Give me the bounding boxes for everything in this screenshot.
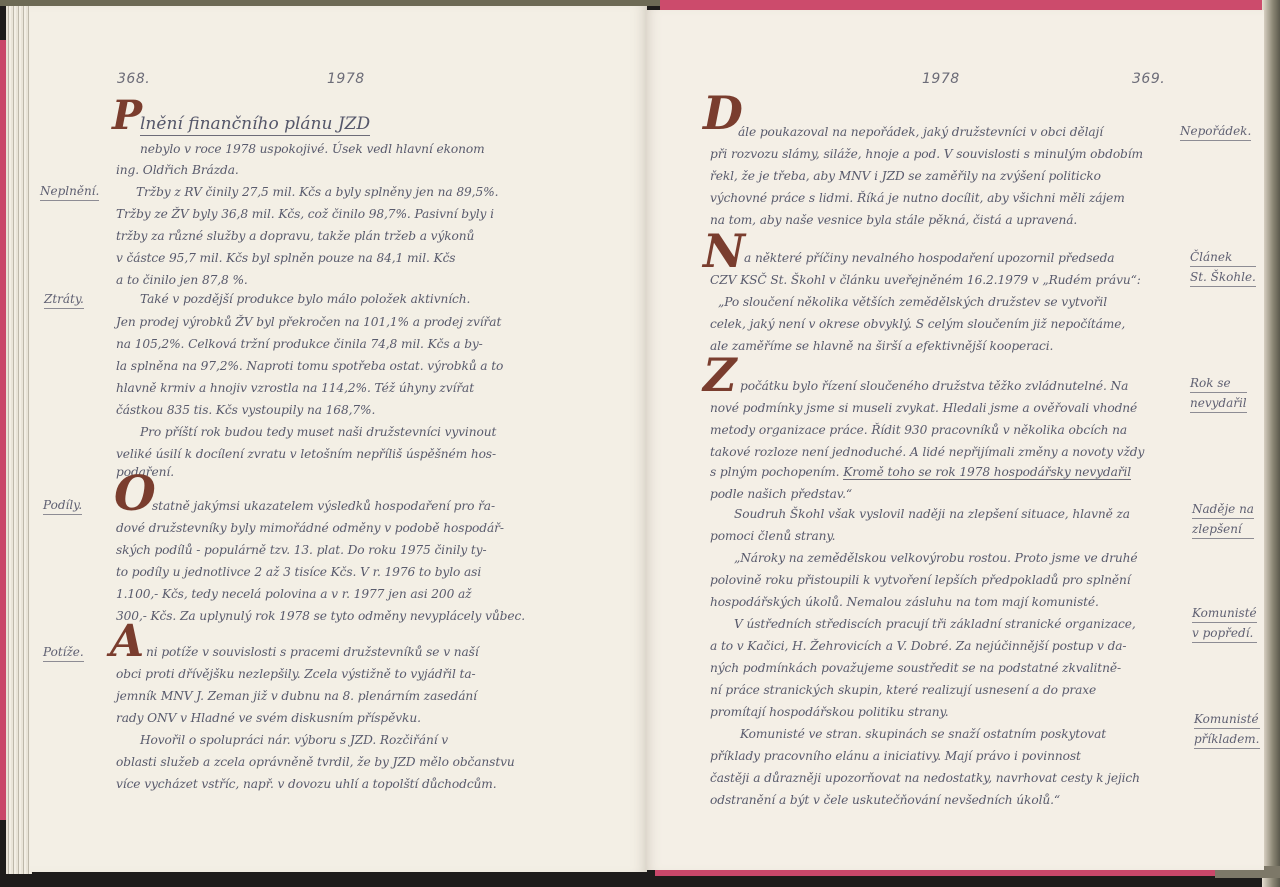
margin-note-potize: Potíže.: [43, 645, 84, 662]
text-line: polovině roku přistoupili k vytvoření le…: [710, 574, 1131, 586]
text-line: na 105,2%. Celková tržní produkce činila…: [116, 338, 483, 350]
text-line: Komunisté ve stran. skupinách se snaží o…: [740, 728, 1106, 740]
text-line: hospodářských úkolů. Nemalou zásluhu na …: [710, 596, 1099, 608]
text-line: la splněna na 97,2%. Naproti tomu spotře…: [116, 360, 503, 372]
text-line: 1.100,- Kčs, tedy necelá polovina a v r.…: [116, 588, 472, 600]
text-line: v částce 95,7 mil. Kčs byl splněn pouze …: [116, 252, 455, 264]
text-line: s plným pochopením. Kromě toho se rok 19…: [710, 466, 1131, 478]
running-year-right: 1978: [922, 71, 960, 87]
dropcap-a: A: [110, 620, 144, 664]
margin-note-nadeje: Naděje nazlepšení: [1192, 502, 1254, 539]
text-line: oblasti služeb a zcela oprávněně tvrdil,…: [116, 756, 515, 768]
text-line: částkou 835 tis. Kčs vystoupily na 168,7…: [116, 404, 375, 416]
text-line: ále poukazoval na nepořádek, jaký družst…: [738, 126, 1103, 138]
text-line: ni potíže v souvislosti s pracemi družst…: [146, 646, 479, 658]
text-line: jemník MNV J. Zeman již v dubnu na 8. pl…: [116, 690, 477, 702]
text-line: ale zaměříme se hlavně na širší a efekti…: [710, 340, 1053, 352]
text-line: Tržby ze ŽV byly 36,8 mil. Kčs, což čini…: [116, 208, 494, 220]
text-line: příklady pracovního elánu a iniciativy. …: [710, 750, 1081, 762]
text-line: dové družstevníky byly mimořádné odměny …: [116, 522, 504, 534]
text-line: více vycházet vstříc, např. v dovozu uhl…: [116, 778, 497, 790]
text-line: V ústředních střediscích pracují tři zák…: [734, 618, 1136, 630]
text-line: takové rozloze není jednoduché. A lidé n…: [710, 446, 1144, 458]
text-line: celek, jaký není v okrese obvyklý. S cel…: [710, 318, 1125, 330]
text-line: častěji a důrazněji upozorňovat na nedos…: [710, 772, 1140, 784]
text-line: CZV KSČ St. Škohl v článku uveřejněném 1…: [710, 274, 1141, 286]
text-line: statně jakýmsi ukazatelem výsledků hospo…: [152, 500, 495, 512]
text-line: metody organizace práce. Řídit 930 praco…: [710, 424, 1127, 436]
margin-note-ztraty: Ztráty.: [44, 292, 84, 309]
text-line: počátku bylo řízení sloučeného družstva …: [740, 380, 1128, 392]
book-cover-edge-top-right: [660, 0, 1280, 10]
section-title: lnění finančního plánu JZD: [140, 114, 370, 136]
text-fragment: s plným pochopením.: [710, 465, 839, 479]
margin-note-neporadek: Nepořádek.: [1180, 124, 1251, 141]
text-line: a to v Kačici, H. Žehrovicích a V. Dobré…: [710, 640, 1126, 652]
text-line: 300,- Kčs. Za uplynulý rok 1978 se tyto …: [116, 610, 525, 622]
text-line: na tom, aby naše vesnice byla stále pěkn…: [710, 214, 1077, 226]
text-line: veliké úsilí k docílení zvratu v letošní…: [116, 448, 496, 460]
text-line: Soudruh Škohl však vyslovil naději na zl…: [734, 508, 1130, 520]
text-line: odstranění a být v čele uskutečňování ne…: [710, 794, 1060, 806]
text-line: Hovořil o spolupráci nár. výboru s JZD. …: [140, 734, 448, 746]
book-cover-edge-right: [1262, 0, 1280, 887]
underlined-phrase: Kromě toho se rok 1978 hospodářsky nevyd…: [843, 465, 1131, 480]
text-line: tržby za různé služby a dopravu, takže p…: [116, 230, 474, 242]
text-line: rady ONV v Hladné ve svém diskusním přís…: [116, 712, 421, 724]
text-line: ných podmínkách považujeme soustředit se…: [710, 662, 1121, 674]
text-line: Jen prodej výrobků ŽV byl překročen na 1…: [116, 316, 501, 328]
margin-note-rok-se-nevydaril: Rok senevydařil: [1190, 376, 1247, 413]
text-line: obci proti dřívějšku nezlepšily. Zcela v…: [116, 668, 476, 680]
text-line: hlavně krmiv a hnojiv vzrostla na 114,2%…: [116, 382, 474, 394]
dropcap-d: D: [703, 90, 743, 136]
text-line: ských podílů - populárně tzv. 13. plat. …: [116, 544, 487, 556]
text-line: podle našich představ.“: [710, 488, 852, 500]
dropcap-n: N: [703, 228, 745, 274]
text-line: a některé příčiny nevalného hospodaření …: [744, 252, 1114, 264]
text-line: „Nároky na zemědělskou velkovýrobu rosto…: [734, 552, 1137, 564]
text-line: ing. Oldřich Brázda.: [116, 164, 239, 176]
margin-note-neplneni: Neplnění.: [40, 184, 99, 201]
dropcap-o: O: [114, 470, 156, 518]
text-line: Také v pozdější produkce bylo málo polož…: [140, 293, 470, 305]
text-line: při rozvozu slámy, siláže, hnoje a pod. …: [710, 148, 1143, 160]
running-year-left: 1978: [327, 71, 365, 87]
text-line: pomoci členů strany.: [710, 530, 835, 542]
text-line: „Po sloučení několika větších zemědělský…: [718, 296, 1107, 308]
text-line: nebylo v roce 1978 uspokojivé. Úsek vedl…: [140, 143, 485, 155]
text-line: nové podmínky jsme si museli zvykat. Hle…: [710, 402, 1137, 414]
text-line: to podíly u jednotlivce 2 až 3 tisíce Kč…: [116, 566, 481, 578]
text-line: ní práce stranických skupin, které reali…: [710, 684, 1096, 696]
page-number-left: 368.: [117, 71, 150, 87]
book-cover-edge-bottom: [655, 870, 1215, 876]
margin-note-podily: Podíly.: [43, 498, 82, 515]
dropcap-z: Z: [703, 352, 737, 398]
page-stack-edge: [6, 6, 32, 874]
margin-note-clanek: ČlánekSt. Škohle.: [1190, 250, 1256, 287]
dropcap-p: P: [112, 96, 142, 136]
page-number-right: 369.: [1132, 71, 1165, 87]
margin-note-komuniste-v-popredi: Komunistév popředí.: [1192, 606, 1257, 643]
text-line: a to činilo jen 87,8 %.: [116, 274, 248, 286]
text-line: Pro příští rok budou tedy muset naši dru…: [140, 426, 496, 438]
text-line: výchovné práce s lidmi. Říká je nutno do…: [710, 192, 1125, 204]
text-line: promítají hospodářskou politiku strany.: [710, 706, 948, 718]
text-line: Tržby z RV činily 27,5 mil. Kčs a byly s…: [136, 186, 498, 198]
margin-note-komuniste-prikladem: Komunistépříkladem.: [1194, 712, 1260, 749]
text-line: řekl, že je třeba, aby MNV i JZD se zamě…: [710, 170, 1101, 182]
